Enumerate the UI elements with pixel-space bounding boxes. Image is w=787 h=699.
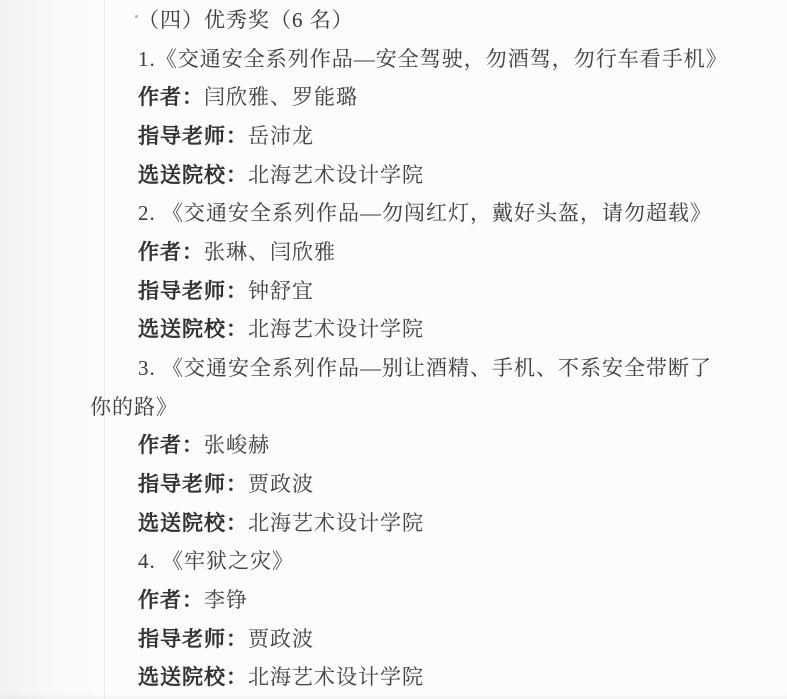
entry-4-title: 4. 《牢狱之灾》: [90, 542, 709, 581]
teacher-label: 指导老师：: [138, 279, 248, 303]
author-value: 闫欣雅、罗能璐: [204, 85, 358, 109]
entry-3-teacher-line: 指导老师：贾政波: [90, 465, 709, 504]
teacher-value: 贾政波: [248, 472, 314, 496]
teacher-value: 钟舒宜: [248, 279, 314, 303]
teacher-value: 岳沛龙: [248, 124, 314, 148]
entry-1-title: 1.《交通安全系列作品—安全驾驶，勿酒驾，勿行车看手机》: [90, 40, 709, 79]
entry-2-author-line: 作者：张琳、闫欣雅: [90, 233, 709, 272]
teacher-value: 贾政波: [248, 627, 314, 651]
school-label: 选送院校：: [138, 163, 248, 187]
teacher-label: 指导老师：: [138, 627, 248, 651]
author-value: 张峻赫: [204, 433, 270, 457]
scanned-document-page: （四）优秀奖（6 名） 1.《交通安全系列作品—安全驾驶，勿酒驾，勿行车看手机》…: [0, 0, 787, 699]
entry-4-teacher-line: 指导老师：贾政波: [90, 620, 709, 659]
entry-2-title: 2. 《交通安全系列作品—勿闯红灯，戴好头盔，请勿超载》: [90, 194, 709, 233]
entry-3-author-line: 作者：张峻赫: [90, 426, 709, 465]
entry-2-teacher-line: 指导老师：钟舒宜: [90, 272, 709, 311]
school-label: 选送院校：: [138, 665, 248, 689]
document-body: （四）优秀奖（6 名） 1.《交通安全系列作品—安全驾驶，勿酒驾，勿行车看手机》…: [0, 0, 787, 699]
school-value: 北海艺术设计学院: [248, 163, 424, 187]
entry-1-school-line: 选送院校：北海艺术设计学院: [90, 156, 709, 195]
school-value: 北海艺术设计学院: [248, 317, 424, 341]
school-value: 北海艺术设计学院: [248, 665, 424, 689]
author-value: 张琳、闫欣雅: [204, 240, 336, 264]
entry-4-author-line: 作者：李铮: [90, 581, 709, 620]
entry-3-school-line: 选送院校：北海艺术设计学院: [90, 504, 709, 543]
author-label: 作者：: [138, 240, 204, 264]
school-label: 选送院校：: [138, 317, 248, 341]
entry-3-title-line-1: 3. 《交通安全系列作品—别让酒精、手机、不系安全带断了: [90, 349, 709, 388]
author-label: 作者：: [138, 85, 204, 109]
entry-1-teacher-line: 指导老师：岳沛龙: [90, 117, 709, 156]
school-value: 北海艺术设计学院: [248, 511, 424, 535]
entry-1-author-line: 作者：闫欣雅、罗能璐: [90, 78, 709, 117]
section-heading: （四）优秀奖（6 名）: [90, 1, 709, 40]
entry-2-school-line: 选送院校：北海艺术设计学院: [90, 310, 709, 349]
entry-3-title-line-2: 你的路》: [90, 388, 709, 427]
teacher-label: 指导老师：: [138, 472, 248, 496]
entry-4-school-line: 选送院校：北海艺术设计学院: [90, 658, 709, 697]
author-label: 作者：: [138, 433, 204, 457]
author-value: 李铮: [204, 588, 248, 612]
author-label: 作者：: [138, 588, 204, 612]
school-label: 选送院校：: [138, 511, 248, 535]
teacher-label: 指导老师：: [138, 124, 248, 148]
